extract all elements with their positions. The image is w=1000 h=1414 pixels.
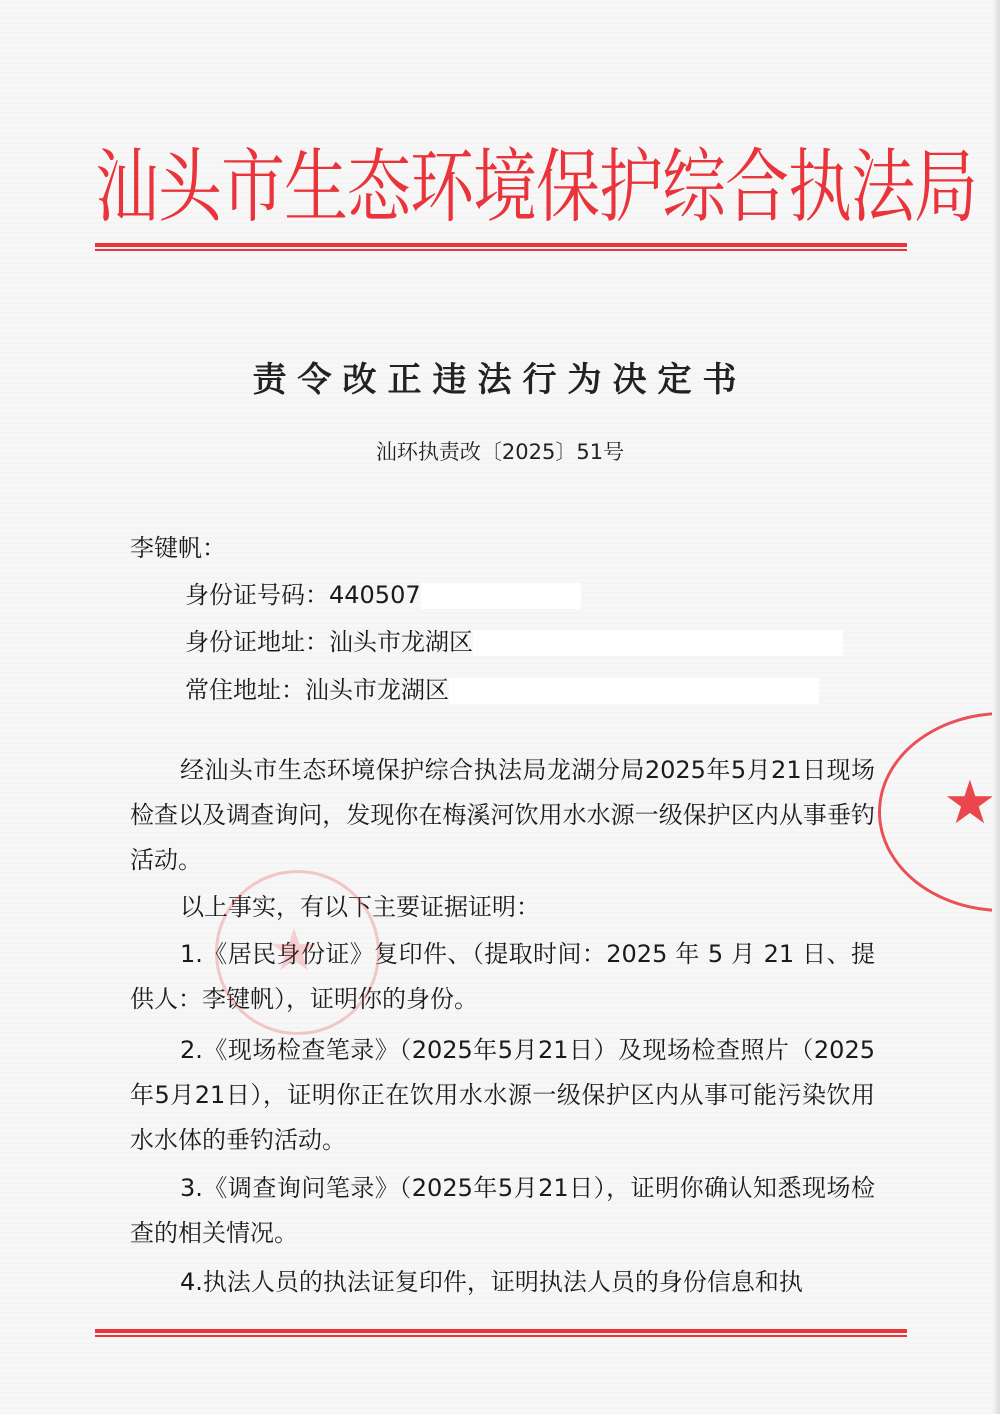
evidence-item-4: 4.执法人员的执法证复印件，证明执法人员的身份信息和执	[130, 1260, 875, 1305]
residence-label: 常住地址：	[185, 676, 305, 704]
evidence-item-3: 3.《调查询问笔录》（2025年5月21日），证明你确认知悉现场检查的相关情况。	[130, 1166, 875, 1256]
id-number-line: 身份证号码：440507	[185, 575, 581, 610]
document-number: 汕环执责改〔2025〕51号	[0, 436, 1000, 466]
residence-line: 常住地址：汕头市龙湖区	[185, 670, 819, 705]
evidence-item-2: 2.《现场检查笔录》（2025年5月21日）及现场检查照片（2025年5月21日…	[130, 1028, 875, 1163]
faint-seal-stamp: ★	[215, 870, 380, 1035]
id-address-label: 身份证地址：	[185, 628, 329, 656]
redaction-block	[449, 678, 819, 704]
redaction-block	[421, 583, 581, 609]
id-number-value: 440507	[329, 581, 421, 609]
official-seal-stamp: ★	[878, 712, 1000, 912]
document-page: 汕头市生态环境保护综合执法局 责令改正违法行为决定书 汕环执责改〔2025〕51…	[0, 0, 1000, 1414]
star-icon: ★	[268, 921, 320, 979]
redaction-block	[473, 630, 843, 656]
document-title: 责令改正违法行为决定书	[0, 352, 1000, 401]
page-edge-shadow	[992, 0, 1000, 1414]
id-address-line: 身份证地址：汕头市龙湖区	[185, 622, 843, 657]
footer-red-rule	[95, 1329, 907, 1337]
residence-value: 汕头市龙湖区	[305, 676, 449, 704]
id-number-label: 身份证号码：	[185, 581, 329, 609]
agency-header: 汕头市生态环境保护综合执法局	[95, 148, 910, 228]
star-icon: ★	[943, 773, 997, 833]
facts-paragraph: 经汕头市生态环境保护综合执法局龙湖分局2025年5月21日现场检查以及调查询问，…	[130, 748, 875, 883]
header-red-rule	[95, 243, 907, 251]
recipient-name: 李键帆：	[130, 528, 226, 563]
id-address-value: 汕头市龙湖区	[329, 628, 473, 656]
